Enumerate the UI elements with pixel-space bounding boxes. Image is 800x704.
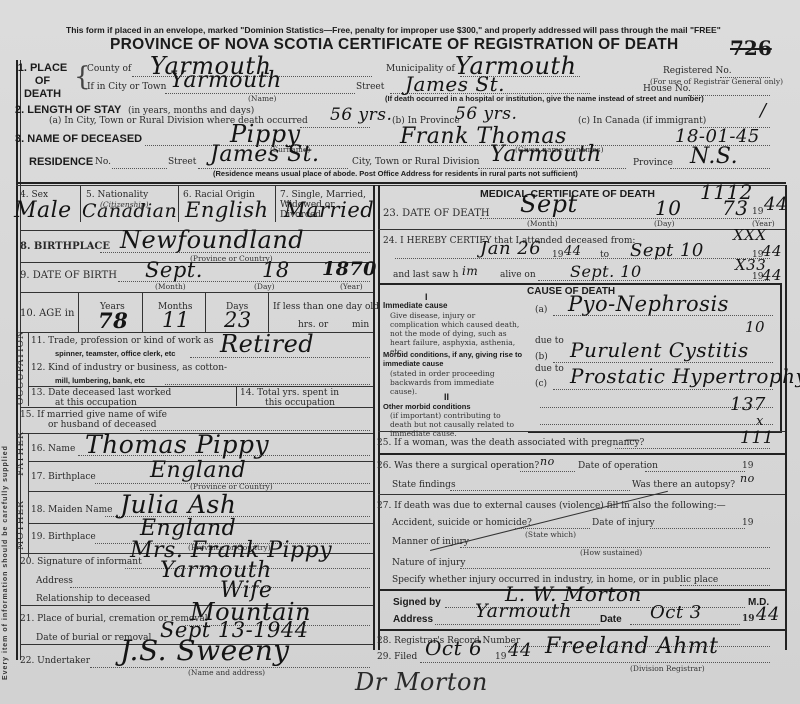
death-certificate: Every item of information should be care… (0, 0, 800, 704)
residence-note: (Residence means usual place of abode. P… (213, 169, 578, 178)
filed-value: Oct 6 (425, 636, 482, 660)
pregnancy-value: — (625, 432, 640, 448)
dob-day-note: (Day) (254, 282, 275, 291)
alive-on-value: Sept. 10 (570, 262, 642, 281)
op-year-prefix: 19 (742, 461, 753, 471)
father-name-label: 16. Name (31, 444, 75, 454)
undertaker-note: (Name and address) (188, 668, 265, 677)
registered-no-label: Registered No. (663, 66, 732, 76)
left-margin-text: Every item of information should be care… (2, 445, 9, 680)
filed-year-value: 44 (508, 640, 532, 661)
name-note: (Name) (248, 94, 276, 103)
trade-value: Retired (220, 330, 314, 358)
residence-city-value: Yarmouth (490, 142, 602, 167)
external-causes-label: 27. If death was due to external causes … (377, 501, 726, 511)
from-year: 44 (564, 244, 582, 259)
dod-year: 44 (764, 194, 788, 215)
stay-canada-label: (c) In Canada (if immigrant) (578, 116, 706, 126)
last-saw-pronoun: im (462, 264, 478, 278)
filed-label: 29. Filed (377, 652, 417, 662)
registrar-signature: Freeland Ahmt (545, 634, 718, 659)
morbid-label: Morbid conditions, if any, giving rise t… (383, 350, 525, 368)
signature-year-prefix: 19 (742, 614, 755, 624)
pregnancy-annot: 111 (740, 428, 774, 448)
birthplace-label: 8. BIRTHPLACE (20, 241, 110, 252)
hospital-note: (If death occurred in a hospital or inst… (385, 94, 704, 103)
alive-year: 44 (762, 266, 782, 284)
city-value: Yarmouth (170, 68, 282, 93)
registrar-note: (Division Registrar) (630, 664, 705, 673)
surgery-label: 26. Was there a surgical operation? (377, 461, 539, 471)
father-side-label: FATHER (16, 431, 26, 476)
years-spent-label: 14. Total yrs. spent in (240, 388, 339, 398)
last-saw-label: and last saw h (393, 270, 458, 280)
house-no-label: House No. (643, 84, 691, 94)
annot-10: 10 (745, 318, 765, 336)
spouse-sub: or husband of deceased (48, 420, 156, 430)
other-desc: (if important) contributing to death but… (390, 411, 522, 438)
cause-a-value: Pyo-Nephrosis (568, 292, 729, 316)
other-label: Other morbid conditions (383, 402, 471, 411)
annot-137: 137 (730, 394, 766, 415)
undertaker-label: 22. Undertaker (20, 656, 90, 666)
industry-label: 12. Kind of industry or business, as cot… (31, 363, 227, 373)
father-birthplace-label: 17. Birthplace (31, 472, 96, 482)
nature-label: Nature of injury (392, 558, 465, 568)
age-years-value: 78 (98, 308, 128, 333)
length-of-stay-label: 2. LENGTH OF STAY (15, 104, 121, 116)
dod-day-note: (Day) (654, 219, 675, 228)
due-to-label-1: due to (535, 336, 564, 346)
injury-date-label: Date of injury (592, 518, 655, 528)
mail-notice: This form if placed in an envelope, mark… (66, 25, 721, 35)
trade-label: 11. Trade, profession or kind of work as (31, 336, 214, 346)
mother-side-label: MOTHER (16, 500, 26, 550)
dod-day: 10 (655, 196, 681, 220)
marital-value: Married (284, 198, 374, 222)
residence-city-label: City, Town or Rural Division (352, 157, 479, 167)
how-sustained-note: (How sustained) (580, 548, 642, 557)
stay-city-value: 56 yrs. (330, 105, 392, 125)
to-label: to (600, 250, 609, 260)
spouse-label: 15. If married give name of wife (20, 410, 167, 420)
cause-a-label: (a) (535, 305, 547, 315)
age-months-value: 11 (162, 308, 190, 332)
cause-b-value: Purulent Cystitis (570, 338, 749, 362)
industry-examples: mill, lumbering, bank, etc (55, 376, 145, 385)
street-value: James St. (405, 72, 505, 96)
age-label: 10. AGE in (20, 308, 74, 319)
alive-on-label: alive on (500, 270, 536, 280)
cause-b-label: (b) (535, 352, 548, 362)
autopsy-value: no (740, 472, 755, 485)
city-label: If in City or Town (87, 82, 166, 92)
residence-label: RESIDENCE (29, 156, 93, 168)
mother-birthplace-label: 19. Birthplace (31, 532, 96, 542)
injury-year-prefix: 19 (742, 518, 753, 528)
dod-month: Sept (520, 190, 578, 218)
birthplace-value: Newfoundland (120, 226, 304, 254)
mother-maiden-label: 18. Maiden Name (31, 505, 112, 515)
age-min-label: min (352, 320, 369, 330)
nationality-value: Canadian (82, 200, 177, 222)
dob-month-note: (Month) (155, 282, 186, 291)
dod-annot: 73 (722, 196, 748, 220)
relationship-label: Relationship to deceased (36, 594, 150, 604)
racial-origin-value: English (185, 198, 269, 222)
form-number: 726 (730, 36, 772, 60)
mother-maiden-value: Julia Ash (120, 490, 236, 519)
date-of-death-label: 23. DATE OF DEATH (383, 208, 490, 219)
signature-date-value: Oct 3 (650, 602, 702, 623)
margin-signature: Dr Morton (355, 668, 488, 696)
place-of-death-label: 1. PLACE OF DEATH (15, 62, 70, 101)
morbid-desc: (stated in order proceeding backwards fr… (390, 369, 522, 396)
informant-signature-label: 20. Signature of informant (20, 557, 142, 567)
pregnancy-label: 25. If a woman, was the death associated… (377, 438, 644, 448)
age-days-value: 23 (224, 308, 252, 332)
residence-street-label: Street (168, 157, 196, 167)
filed-year-prefix: 19 (495, 652, 506, 662)
trade-examples: spinner, teamster, office clerk, etc (55, 349, 175, 358)
county-label: County of (87, 64, 131, 74)
signature-address-label: Address (393, 614, 433, 625)
father-name-value: Thomas Pippy (85, 430, 269, 459)
occupation-side-label: OCCUPATION (16, 330, 26, 405)
nationality-label: 5. Nationality (86, 190, 148, 200)
dod-year-prefix: 19 (752, 207, 763, 217)
annot-x: x (756, 414, 764, 429)
informant-address-label: Address (36, 576, 73, 586)
signature-address-value: Yarmouth (475, 600, 572, 622)
signature-date-label: Date (600, 614, 622, 625)
father-birthplace-value: England (150, 458, 246, 483)
undertaker-value: J.S. Sweeny (120, 634, 290, 667)
stay-province-value: 56 yrs. (455, 104, 517, 124)
dob-month: Sept. (145, 258, 203, 282)
dob-year-note: (Year) (340, 282, 363, 291)
attended-to: Sept 10 (630, 240, 704, 261)
residence-province-value: N.S. (690, 144, 738, 169)
other-num: II (444, 392, 449, 402)
attended-from: Jan 26 (480, 238, 541, 259)
cause-c-label: (c) (535, 379, 547, 389)
cause-c-value: Prostatic Hypertrophy (570, 364, 800, 388)
dob-day: 18 (262, 258, 290, 282)
immediate-label: Immediate cause (383, 301, 447, 310)
due-to-label-2: due to (535, 364, 564, 374)
residence-no-label: No. (95, 157, 111, 167)
dod-month-note: (Month) (527, 219, 558, 228)
signed-by-label: Signed by (393, 597, 441, 608)
state-which-note: (State which) (525, 530, 576, 539)
last-worked-label: 13. Date deceased last worked (31, 388, 171, 398)
surgery-value: no (540, 455, 555, 468)
age-less-label: If less than one day old (273, 302, 379, 312)
from-year-prefix: 19 (552, 250, 563, 260)
residence-province-label: Province (633, 158, 673, 168)
op-date-label: Date of operation (578, 461, 658, 471)
signature-year-value: 44 (756, 604, 780, 625)
deceased-label: 3. NAME OF DECEASED (15, 133, 142, 145)
street-label: Street (356, 82, 384, 92)
sex-value: Male (14, 198, 72, 223)
residence-street-value: James St. (210, 142, 320, 167)
findings-label: State findings (392, 480, 456, 490)
dob-label: 9. DATE OF BIRTH (20, 270, 117, 281)
length-of-stay-note: (in years, months and days) (128, 106, 254, 116)
age-hrs-label: hrs. or (298, 320, 328, 330)
accident-label: Accident, suicide or homicide? (392, 518, 532, 528)
dob-year: 1870 (322, 258, 377, 280)
autopsy-label: Was there an autopsy? (632, 480, 735, 490)
